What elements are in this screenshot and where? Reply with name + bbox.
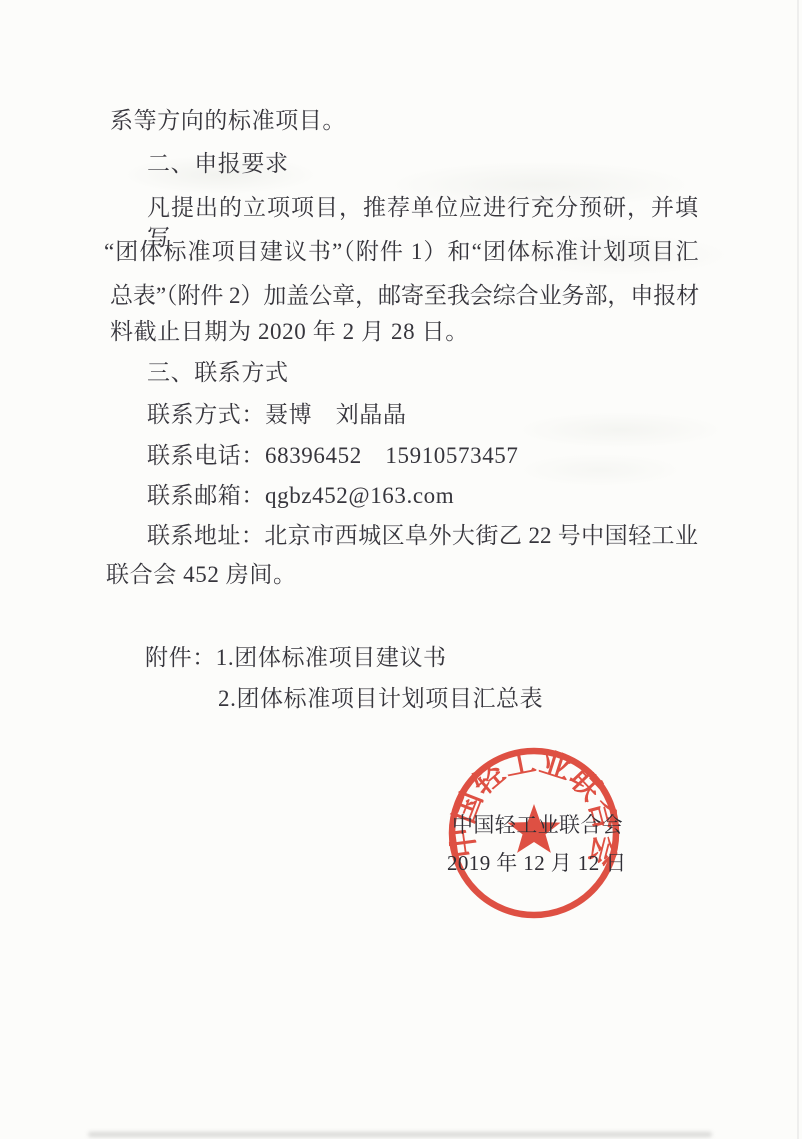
attachment-item-2: 2.团体标准项目计划项目汇总表 [218,684,543,714]
scanned-document-page: 系等方向的标准项目。 二、申报要求 凡提出的立项项目，推荐单位应进行充分预研，并… [0,0,802,1139]
contact-phone-line: 联系电话：68396452 15910573457 [147,441,519,471]
body-line-application-deadline: 料截止日期为 2020 年 2 月 28 日。 [110,317,469,347]
body-line-application-3: 总表”（附件 2）加盖公章，邮寄至我会综合业务部，申报材 [110,281,698,311]
scan-bottom-shadow [88,1132,712,1137]
body-line-application-2: “团体标准项目建议书”（附件 1）和“团体标准计划项目汇 [104,237,698,267]
contact-email-line: 联系邮箱：qgbz452@163.com [147,481,454,511]
signature-date: 2019 年 12 月 12 日 [447,849,627,877]
scan-right-edge [797,0,799,1139]
attachment-item-1: 附件：1.团体标准项目建议书 [145,643,447,673]
section-heading-application-requirements: 二、申报要求 [147,149,289,179]
section-heading-contact: 三、联系方式 [147,358,289,388]
signature-organization: 中国轻工业联合会 [452,811,623,839]
contact-address-line-2: 联合会 452 房间。 [106,560,297,590]
contact-persons-line: 联系方式：聂博 刘晶晶 [147,400,407,430]
body-line-standards-direction: 系等方向的标准项目。 [110,106,346,136]
contact-address-line-1: 联系地址：北京市西城区阜外大街乙 22 号中国轻工业 [147,521,698,551]
